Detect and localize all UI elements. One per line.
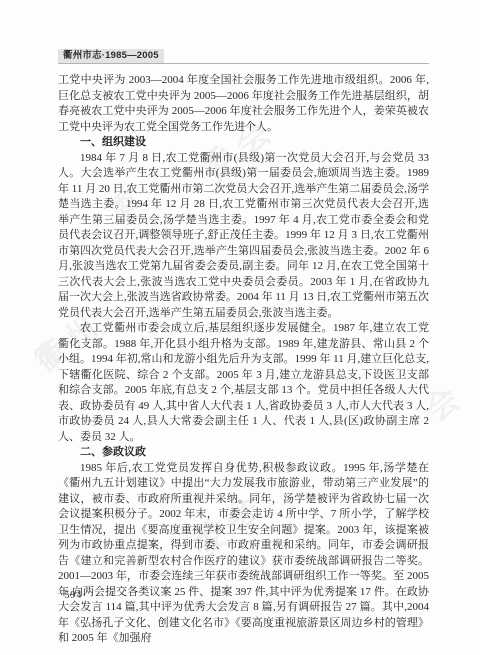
book-title-header: 衢州市志·1985—2005 bbox=[58, 49, 164, 63]
paragraph: 工党中央评为 2003—2004 年度全国社会服务工作先进地市级组织。2006 … bbox=[58, 73, 429, 135]
page-number: ·594· bbox=[60, 590, 87, 601]
paragraph: 1984 年 7 月 8 日,农工党衢州市(县级)第一次党员大会召开,与会党员 … bbox=[58, 151, 429, 322]
paragraph: 1985 年后,农工党党员发挥自身优势,积极参政议政。1995 年,汤学楚在《衢… bbox=[58, 461, 429, 647]
paragraph: 农工党衢州市委会成立后,基层组织逐步发展健全。1987 年,建立农工党衢化支部。… bbox=[58, 321, 429, 445]
body-text: 工党中央评为 2003—2004 年度全国社会服务工作先进地市级组织。2006 … bbox=[58, 73, 429, 647]
scanned-book-page: 衢州市志·1985—2005 委 会 衢 州 会 委 会 委 工党中央评为 20… bbox=[0, 0, 480, 655]
section-heading: 二、参政议政 bbox=[58, 445, 429, 461]
section-heading: 一、组织建设 bbox=[58, 135, 429, 151]
page-header: 衢州市志·1985—2005 bbox=[58, 49, 429, 64]
